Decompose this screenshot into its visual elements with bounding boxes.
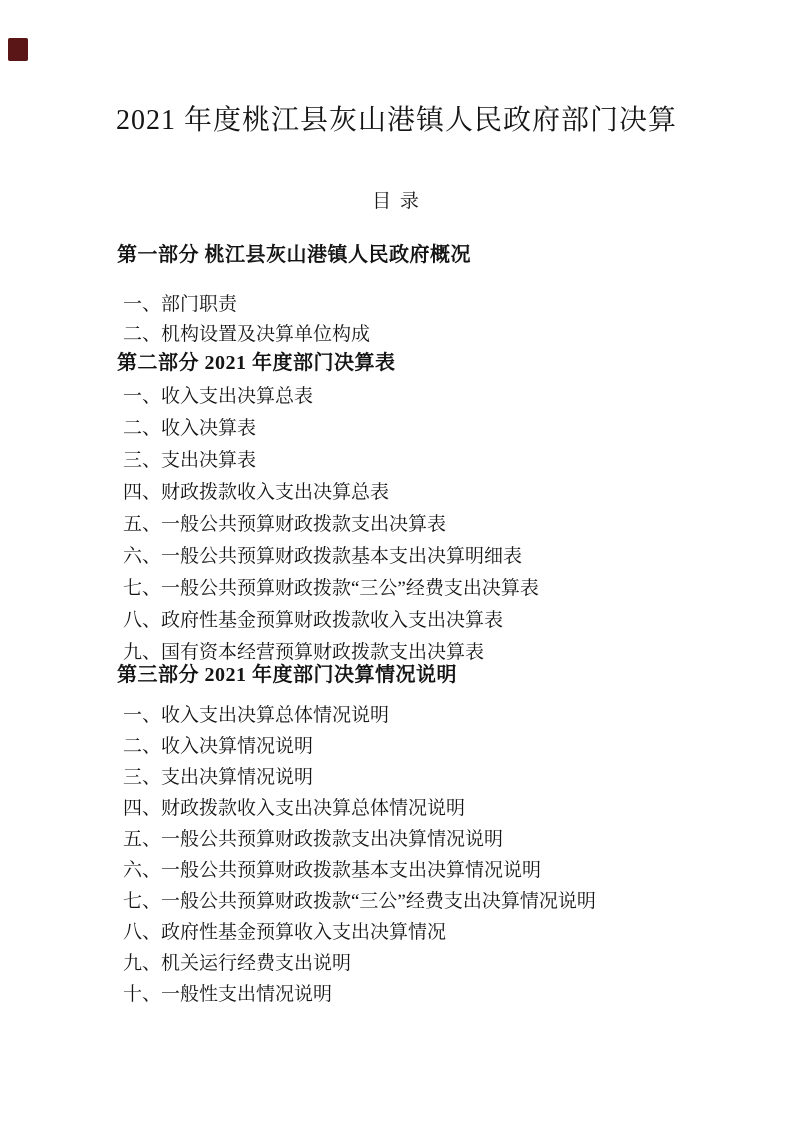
toc-item: 六、一般公共预算财政拨款基本支出决算明细表 bbox=[117, 541, 753, 573]
toc-item: 一、收入支出决算总表 bbox=[117, 381, 753, 413]
toc-item: 一、收入支出决算总体情况说明 bbox=[117, 700, 753, 731]
toc-part-3-header: 第三部分 2021 年度部门决算情况说明 bbox=[117, 662, 753, 688]
table-of-contents: 第一部分 桃江县灰山港镇人民政府概况 一、部门职责 二、机构设置及决算单位构成 … bbox=[117, 242, 753, 1010]
toc-part-1: 第一部分 桃江县灰山港镇人民政府概况 一、部门职责 二、机构设置及决算单位构成 bbox=[117, 242, 753, 350]
toc-item: 七、一般公共预算财政拨款“三公”经费支出决算情况说明 bbox=[117, 886, 753, 917]
toc-item: 八、政府性基金预算财政拨款收入支出决算表 bbox=[117, 605, 753, 637]
toc-item: 三、支出决算情况说明 bbox=[117, 762, 753, 793]
toc-part-2: 第二部分 2021 年度部门决算表 一、收入支出决算总表 二、收入决算表 三、支… bbox=[117, 350, 753, 669]
toc-item: 五、一般公共预算财政拨款支出决算情况说明 bbox=[117, 824, 753, 855]
toc-item: 二、收入决算情况说明 bbox=[117, 731, 753, 762]
toc-item: 二、机构设置及决算单位构成 bbox=[117, 320, 753, 350]
toc-part-2-header: 第二部分 2021 年度部门决算表 bbox=[117, 350, 753, 376]
toc-item: 一、部门职责 bbox=[117, 290, 753, 320]
toc-item: 七、一般公共预算财政拨款“三公”经费支出决算表 bbox=[117, 573, 753, 605]
document-page: 2021 年度桃江县灰山港镇人民政府部门决算 目 录 第一部分 桃江县灰山港镇人… bbox=[0, 0, 793, 1122]
toc-item: 三、支出决算表 bbox=[117, 445, 753, 477]
toc-item: 六、一般公共预算财政拨款基本支出决算情况说明 bbox=[117, 855, 753, 886]
toc-item: 四、财政拨款收入支出决算总表 bbox=[117, 477, 753, 509]
toc-item: 五、一般公共预算财政拨款支出决算表 bbox=[117, 509, 753, 541]
toc-part-3: 第三部分 2021 年度部门决算情况说明 一、收入支出决算总体情况说明 二、收入… bbox=[117, 662, 753, 1010]
corner-mark bbox=[8, 38, 28, 61]
toc-item: 十、一般性支出情况说明 bbox=[117, 979, 753, 1010]
toc-item: 四、财政拨款收入支出决算总体情况说明 bbox=[117, 793, 753, 824]
document-title: 2021 年度桃江县灰山港镇人民政府部门决算 bbox=[0, 98, 793, 138]
toc-item: 二、收入决算表 bbox=[117, 413, 753, 445]
toc-heading: 目 录 bbox=[0, 186, 793, 213]
toc-item: 八、政府性基金预算收入支出决算情况 bbox=[117, 917, 753, 948]
toc-item: 九、机关运行经费支出说明 bbox=[117, 948, 753, 979]
toc-part-1-header: 第一部分 桃江县灰山港镇人民政府概况 bbox=[117, 242, 753, 268]
